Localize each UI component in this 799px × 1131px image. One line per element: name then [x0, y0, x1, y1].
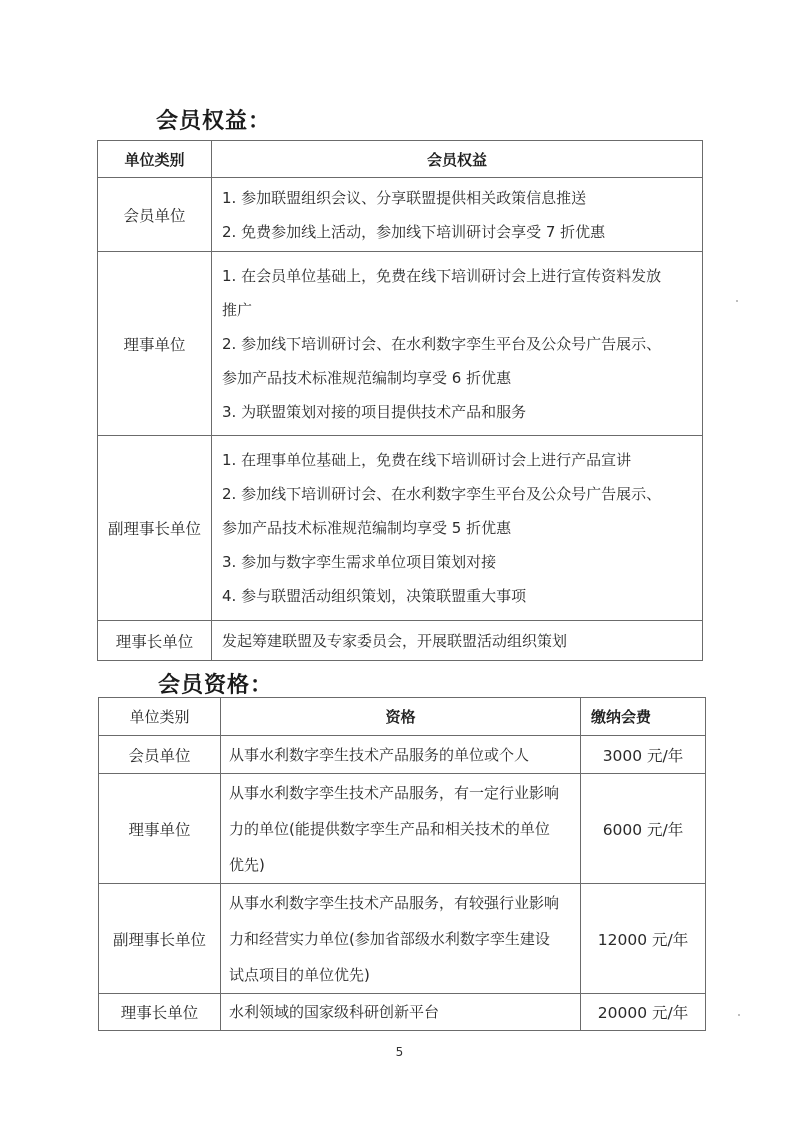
table-row: 会员单位 从事水利数字孪生技术产品服务的单位或个人 3000 元/年	[99, 736, 706, 774]
benefit-line: 2. 参加线下培训研讨会、在水利数字孪生平台及公众号广告展示、	[222, 327, 692, 361]
qualifications-section-title: 会员资格：	[158, 668, 273, 699]
header-unit-category: 单位类别	[99, 698, 221, 736]
benefit-line: 2. 参加线下培训研讨会、在水利数字孪生平台及公众号广告展示、	[222, 477, 692, 511]
table-row: 理事长单位 发起筹建联盟及专家委员会，开展联盟活动组织策划	[98, 621, 703, 661]
benefits-cell: 1. 在理事单位基础上，免费在线下培训研讨会上进行产品宣讲 2. 参加线下培训研…	[212, 436, 703, 621]
qualification-cell: 从事水利数字孪生技术产品服务的单位或个人	[221, 736, 581, 774]
category-cell: 副理事长单位	[99, 884, 221, 994]
table-header-row: 单位类别 资格 缴纳会费	[99, 698, 706, 736]
fee-cell: 3000 元/年	[581, 736, 706, 774]
qualification-cell: 从事水利数字孪生技术产品服务，有较强行业影响 力和经营实力单位(参加省部级水利数…	[221, 884, 581, 994]
fee-cell: 6000 元/年	[581, 774, 706, 884]
benefit-line: 3. 参加与数字孪生需求单位项目策划对接	[222, 545, 692, 579]
fee-cell: 20000 元/年	[581, 994, 706, 1031]
category-cell: 会员单位	[98, 178, 212, 252]
qualification-line: 从事水利数字孪生技术产品服务，有较强行业影响	[229, 885, 572, 921]
qualification-cell: 水利领域的国家级科研创新平台	[221, 994, 581, 1031]
fee-cell: 12000 元/年	[581, 884, 706, 994]
member-benefits-table: 单位类别 会员权益 会员单位 1. 参加联盟组织会议、分享联盟提供相关政策信息推…	[97, 140, 703, 661]
benefit-line: 3. 为联盟策划对接的项目提供技术产品和服务	[222, 395, 692, 429]
benefits-cell: 发起筹建联盟及专家委员会，开展联盟活动组织策划	[212, 621, 703, 661]
qualification-line: 力和经营实力单位(参加省部级水利数字孪生建设	[229, 921, 572, 957]
qualification-line: 水利领域的国家级科研创新平台	[229, 994, 572, 1030]
table-row: 会员单位 1. 参加联盟组织会议、分享联盟提供相关政策信息推送 2. 免费参加线…	[98, 178, 703, 252]
table-row: 理事单位 1. 在会员单位基础上，免费在线下培训研讨会上进行宣传资料发放 推广 …	[98, 252, 703, 436]
category-cell: 副理事长单位	[98, 436, 212, 621]
category-cell: 理事单位	[99, 774, 221, 884]
benefits-section-title: 会员权益：	[156, 104, 271, 135]
header-qualification: 资格	[221, 698, 581, 736]
table-row: 副理事长单位 1. 在理事单位基础上，免费在线下培训研讨会上进行产品宣讲 2. …	[98, 436, 703, 621]
benefits-cell: 1. 参加联盟组织会议、分享联盟提供相关政策信息推送 2. 免费参加线上活动，参…	[212, 178, 703, 252]
table-row: 理事单位 从事水利数字孪生技术产品服务，有一定行业影响 力的单位(能提供数字孪生…	[99, 774, 706, 884]
benefit-line: 1. 在会员单位基础上，免费在线下培训研讨会上进行宣传资料发放	[222, 259, 692, 293]
category-cell: 理事单位	[98, 252, 212, 436]
table-row: 副理事长单位 从事水利数字孪生技术产品服务，有较强行业影响 力和经营实力单位(参…	[99, 884, 706, 994]
benefit-line: 2. 免费参加线上活动，参加线下培训研讨会享受 7 折优惠	[222, 215, 692, 249]
scan-speck	[738, 1014, 740, 1016]
qualification-line: 从事水利数字孪生技术产品服务的单位或个人	[229, 737, 572, 773]
header-unit-category: 单位类别	[98, 141, 212, 178]
qualification-line: 从事水利数字孪生技术产品服务，有一定行业影响	[229, 775, 572, 811]
header-membership-fee: 缴纳会费	[581, 698, 706, 736]
page-number: 5	[0, 1045, 799, 1059]
category-cell: 会员单位	[99, 736, 221, 774]
header-member-benefits: 会员权益	[212, 141, 703, 178]
qualification-line: 试点项目的单位优先)	[229, 957, 572, 993]
scan-speck	[736, 300, 738, 302]
category-cell: 理事长单位	[99, 994, 221, 1031]
member-qualifications-table: 单位类别 资格 缴纳会费 会员单位 从事水利数字孪生技术产品服务的单位或个人 3…	[98, 697, 706, 1031]
benefits-cell: 1. 在会员单位基础上，免费在线下培训研讨会上进行宣传资料发放 推广 2. 参加…	[212, 252, 703, 436]
table-row: 理事长单位 水利领域的国家级科研创新平台 20000 元/年	[99, 994, 706, 1031]
benefit-line: 4. 参与联盟活动组织策划，决策联盟重大事项	[222, 579, 692, 613]
benefit-line: 参加产品技术标准规范编制均享受 6 折优惠	[222, 361, 692, 395]
benefit-line: 1. 在理事单位基础上，免费在线下培训研讨会上进行产品宣讲	[222, 443, 692, 477]
category-cell: 理事长单位	[98, 621, 212, 661]
benefit-line: 推广	[222, 293, 692, 327]
table-header-row: 单位类别 会员权益	[98, 141, 703, 178]
qualification-line: 力的单位(能提供数字孪生产品和相关技术的单位	[229, 811, 572, 847]
benefit-line: 1. 参加联盟组织会议、分享联盟提供相关政策信息推送	[222, 181, 692, 215]
benefit-line: 参加产品技术标准规范编制均享受 5 折优惠	[222, 511, 692, 545]
qualification-line: 优先)	[229, 847, 572, 883]
benefit-line: 发起筹建联盟及专家委员会，开展联盟活动组织策划	[222, 624, 692, 658]
qualification-cell: 从事水利数字孪生技术产品服务，有一定行业影响 力的单位(能提供数字孪生产品和相关…	[221, 774, 581, 884]
